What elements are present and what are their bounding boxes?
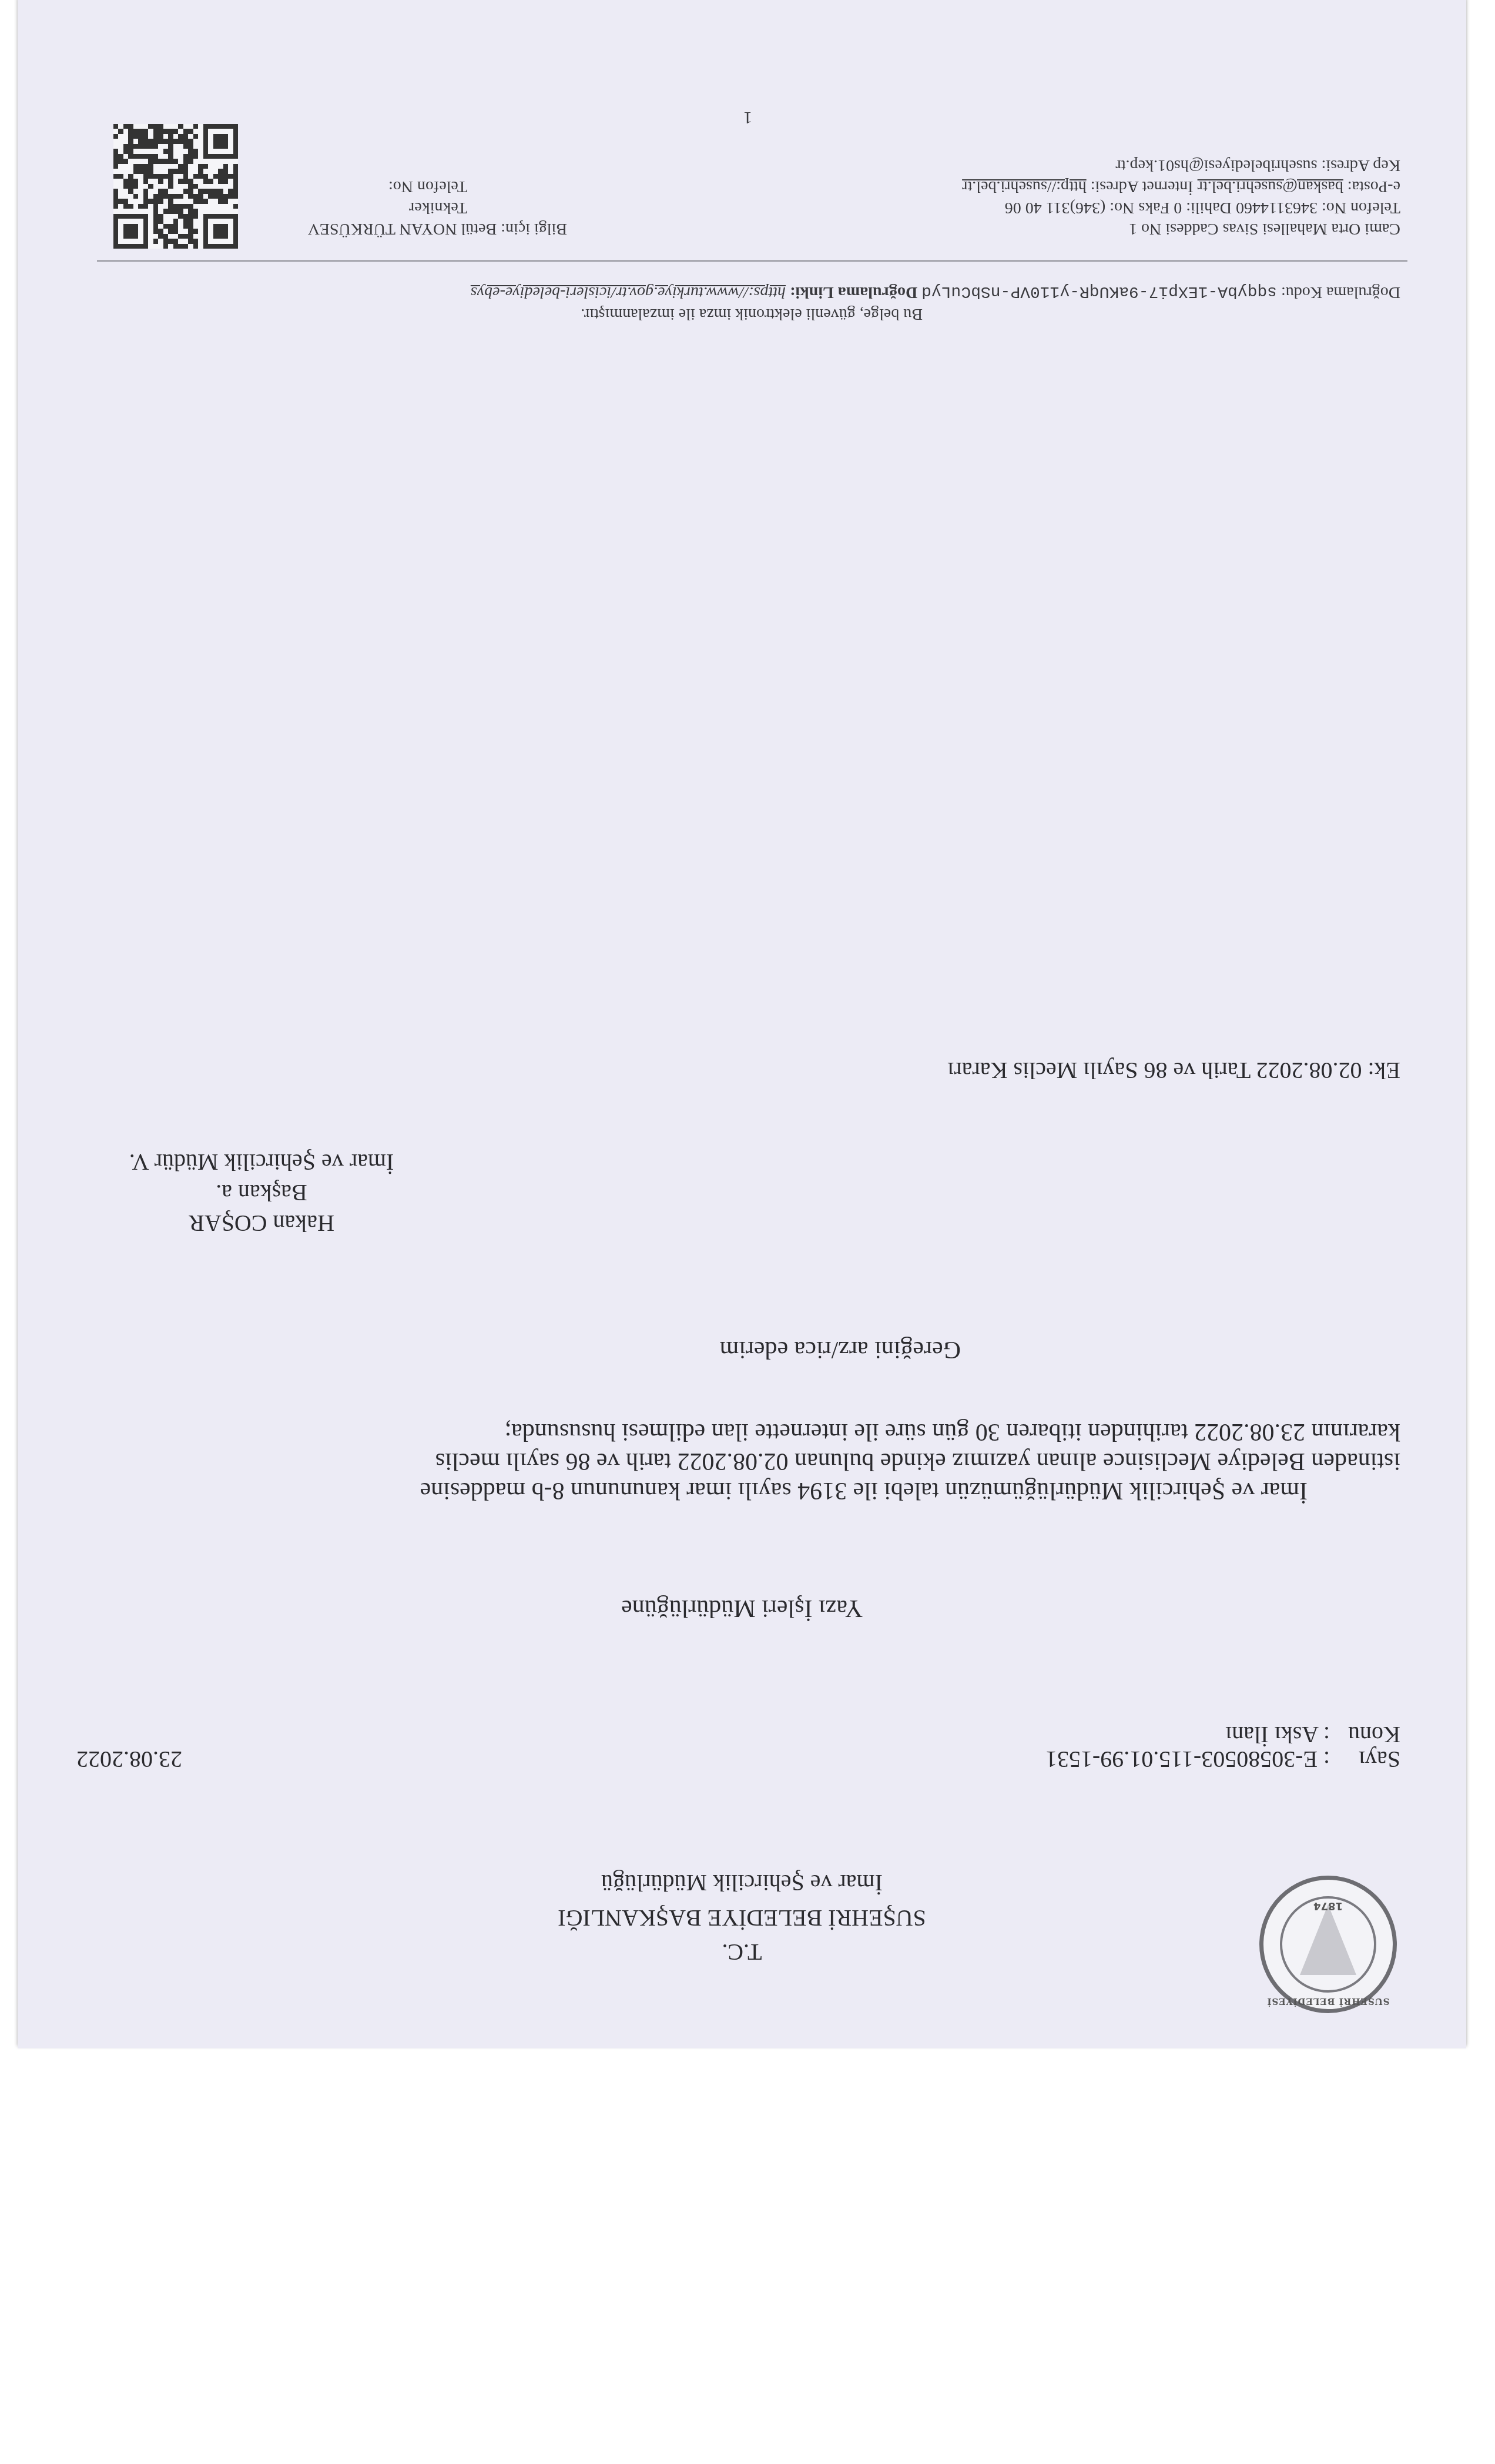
recipient: Yazı İşleri Müdürlüğüne (18, 1594, 1466, 1622)
info-contact: Bilgi için: Betül NOYAN TÜRKÜSEV (308, 219, 567, 238)
email-label: e-Posta: (1347, 178, 1400, 196)
closing-text: Gereğini arz/rica ederim (720, 1335, 961, 1364)
attachment-line: Ek: 02.08.2022 Tarih ve 86 Sayılı Meclis… (947, 1057, 1400, 1084)
footer-address: Cami Orta Mahallesi Sivas Caddesi No 1 (1129, 219, 1400, 238)
info-phone: Telefon No: (388, 177, 467, 196)
signer-title-2: İmar ve Şehircilik Müdür V. (79, 1149, 444, 1176)
header-tc: T.C. (18, 1939, 1466, 1966)
body-line-3: kararının 23.08.2022 tarihinden itibaren… (505, 1418, 1400, 1446)
footer-phone: Telefon No: 3463114460 Dahili: 0 Faks No… (1005, 198, 1400, 217)
web-link[interactable]: http://susehri.bel.tr (962, 178, 1087, 196)
document-date: 23.08.2022 (76, 1746, 182, 1773)
body-line-1: İmar ve Şehircilik Müdürlüğümüzün talebi… (420, 1477, 1308, 1505)
verify-code-label: Doğrulama Kodu: (1281, 283, 1400, 302)
esign-note: Bu belge, güvenli elektronik imza ile im… (581, 304, 923, 323)
header-institution: SUŞEHRİ BELEDİYE BAŞKANLIĞI (18, 1904, 1466, 1932)
konu-label: Konu (1348, 1721, 1400, 1749)
verify-link[interactable]: https://www.turkiye.gov.tr/icisleri-bele… (471, 283, 786, 302)
email-link[interactable]: baskan@susehri.bel.tr (1198, 178, 1343, 196)
konu-value: : Askı İlanı (1225, 1721, 1330, 1749)
web-label: İnternet Adresi: (1091, 178, 1194, 196)
sayi-value: : E-30580503-115.01.99-1531 (1045, 1746, 1330, 1773)
body-line-2: istinaden Belediye Meclisince alınan yaz… (435, 1447, 1400, 1475)
signer-name: Hakan COŞAR (138, 1210, 385, 1237)
verify-link-label: Doğrulama Linki: (790, 283, 917, 302)
sayi-label: Sayı (1359, 1746, 1400, 1773)
info-title: Tekniker (409, 198, 467, 217)
verify-code: sqqybA-1EXpi7-9aKUqR-y110VP-nSbCuLyd (921, 282, 1277, 300)
page-number: 1 (743, 108, 752, 128)
signer-title-1: Başkan a. (138, 1179, 385, 1207)
footer-separator (97, 260, 1407, 262)
seal-ring-text: SUŞEHRİ BELEDİYESİ (1263, 1996, 1393, 2007)
header-department: İmar ve Şehircilik Müdürlüğü (18, 1869, 1466, 1897)
scanned-document-page: SUŞEHRİ BELEDİYESİ 1874 T.C. SUŞEHRİ BEL… (18, 0, 1466, 2048)
footer-kep: Kep Adresi: susehribelediyesi@hs01.kep.t… (1115, 156, 1400, 175)
qr-code-icon (113, 124, 238, 249)
